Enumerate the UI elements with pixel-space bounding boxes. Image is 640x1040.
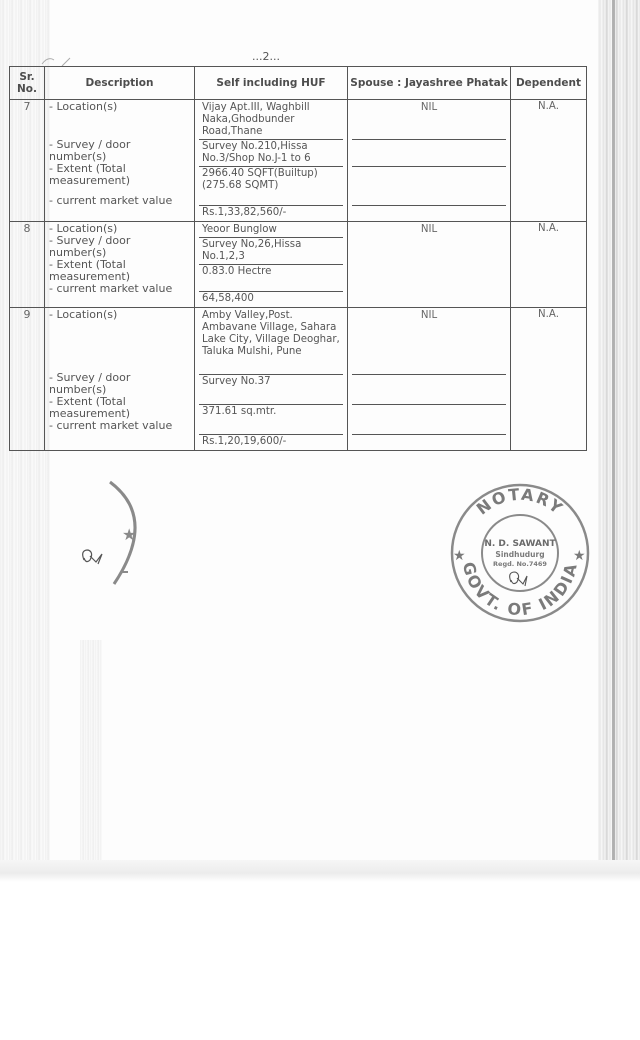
extent-value: 0.83.0 Hectre bbox=[199, 265, 343, 292]
survey-value: Survey No.210,Hissa No.3/Shop No.J-1 to … bbox=[199, 140, 343, 167]
page-edge bbox=[612, 0, 615, 880]
dependent-value: N.A. bbox=[511, 100, 587, 222]
sr-no: 7 bbox=[10, 100, 45, 222]
dependent-value: N.A. bbox=[511, 222, 587, 308]
spouse-value: NIL bbox=[352, 223, 506, 302]
header-dependent: Dependent bbox=[511, 67, 587, 100]
location-value: Vijay Apt.III, Waghbill Naka,Ghodbunder … bbox=[199, 101, 343, 140]
market-value: Rs.1,20,19,600/- bbox=[199, 435, 343, 449]
spouse-value: NIL bbox=[352, 101, 506, 140]
self-cell: Amby Valley,Post. Ambavane Village, Saha… bbox=[195, 308, 348, 451]
market-value: Rs.1,33,82,560/- bbox=[199, 206, 343, 220]
label-market-value: - current market value bbox=[49, 195, 190, 207]
description-cell: - Location(s) - Survey / door number(s) … bbox=[45, 100, 195, 222]
header-sr-no: Sr. No. bbox=[10, 67, 45, 100]
sr-no: 8 bbox=[10, 222, 45, 308]
location-value: Amby Valley,Post. Ambavane Village, Saha… bbox=[199, 309, 343, 375]
svg-text:★: ★ bbox=[122, 525, 136, 544]
header-spouse: Spouse : Jayashree Phatak bbox=[348, 67, 511, 100]
table-row: 7 - Location(s) - Survey / door number(s… bbox=[10, 100, 587, 222]
extent-value: 2966.40 SQFT(Builtup)(275.68 SQMT) bbox=[199, 167, 343, 206]
label-market-value: - current market value bbox=[49, 420, 190, 432]
seal-top-text: NOTARY bbox=[473, 485, 568, 519]
spouse-cell: NIL bbox=[348, 100, 511, 222]
scan-artifact-middle bbox=[80, 640, 102, 880]
dependent-value: N.A. bbox=[511, 308, 587, 451]
svg-text:★: ★ bbox=[453, 548, 466, 564]
header-description: Description bbox=[45, 67, 195, 100]
label-market-value: - current market value bbox=[49, 283, 190, 295]
label-location: - Location(s) bbox=[49, 101, 190, 113]
self-cell: Yeoor Bunglow Survey No,26,Hissa No.1,2,… bbox=[195, 222, 348, 308]
svg-text:NOTARY: NOTARY bbox=[473, 485, 568, 519]
sr-no: 9 bbox=[10, 308, 45, 451]
self-cell: Vijay Apt.III, Waghbill Naka,Ghodbunder … bbox=[195, 100, 348, 222]
table-row: 9 - Location(s) - Survey / door number(s… bbox=[10, 308, 587, 451]
location-value: Yeoor Bunglow bbox=[199, 223, 343, 238]
scan-artifact-right bbox=[598, 0, 640, 880]
table-header-row: Sr. No. Description Self including HUF S… bbox=[10, 67, 587, 100]
label-location: - Location(s) bbox=[49, 309, 190, 321]
signature-initials bbox=[78, 546, 108, 568]
survey-value: Survey No,26,Hissa No.1,2,3 bbox=[199, 238, 343, 265]
description-cell: - Location(s) - Survey / door number(s) … bbox=[45, 308, 195, 451]
assets-table: Sr. No. Description Self including HUF S… bbox=[9, 66, 587, 451]
seal-signature bbox=[510, 572, 527, 586]
extent-value: 371.61 sq.mtr. bbox=[199, 405, 343, 435]
svg-text:★: ★ bbox=[573, 548, 586, 564]
seal-place: Sindhudurg bbox=[495, 550, 544, 559]
seal-bottom-text: GOVT. OF INDIA bbox=[459, 560, 581, 619]
spouse-value: NIL bbox=[352, 309, 506, 375]
seal-name: N. D. SAWANT bbox=[484, 539, 556, 549]
header-self: Self including HUF bbox=[195, 67, 348, 100]
partial-seal-stamp: ★ bbox=[100, 478, 160, 588]
spouse-cell: NIL bbox=[348, 308, 511, 451]
page-number: ...2... bbox=[252, 50, 280, 63]
spouse-cell: NIL bbox=[348, 222, 511, 308]
notary-seal: NOTARY GOVT. OF INDIA ★ ★ N. D. SAWANT S… bbox=[445, 478, 595, 628]
svg-text:GOVT. OF INDIA: GOVT. OF INDIA bbox=[459, 560, 581, 619]
market-value: 64,58,400 bbox=[199, 292, 343, 306]
description-cell: - Location(s) - Survey / door number(s) … bbox=[45, 222, 195, 308]
table-row: 8 - Location(s) - Survey / door number(s… bbox=[10, 222, 587, 308]
seal-regd: Regd. No.7469 bbox=[493, 560, 547, 568]
survey-value: Survey No.37 bbox=[199, 375, 343, 405]
scan-bottom-edge bbox=[0, 860, 640, 882]
